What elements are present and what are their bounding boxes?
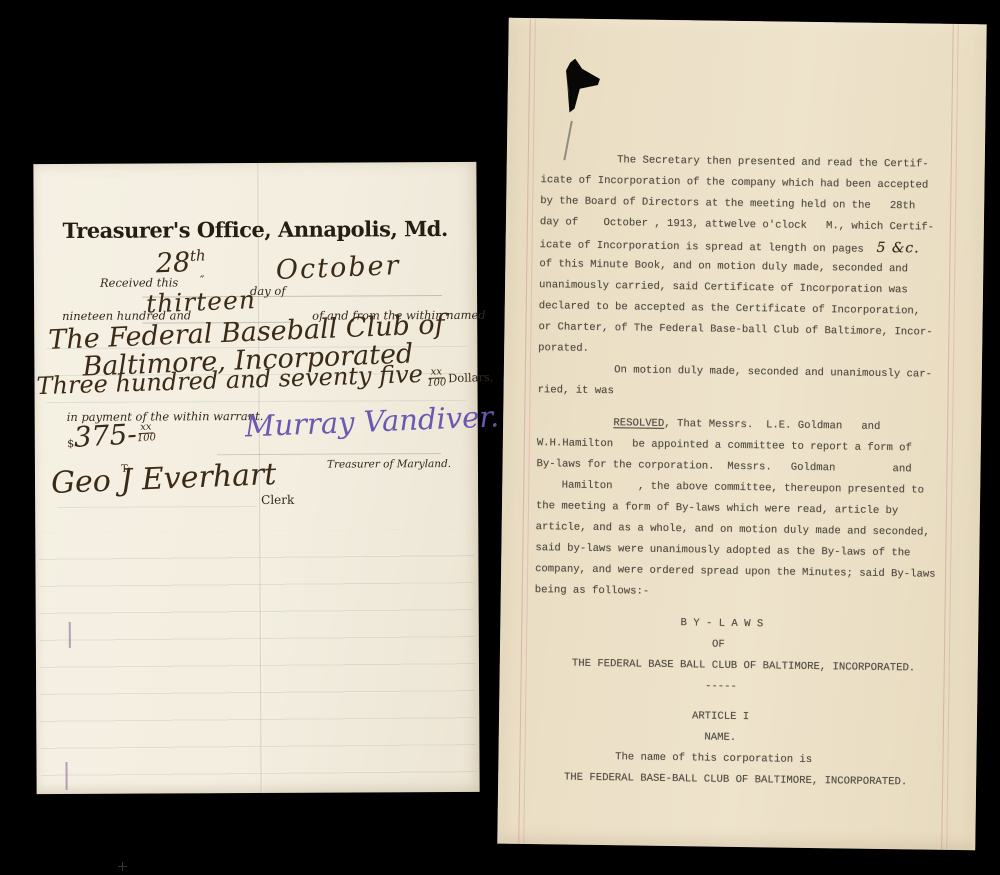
clerk-signature: Geo J Everhart <box>50 457 277 501</box>
ditto-mark: ″ <box>200 273 205 287</box>
ink-tick-mark <box>65 762 67 790</box>
numeric-fraction: xx100 <box>136 422 156 444</box>
amount-numeric-row: $ 375- xx100 <box>66 416 157 454</box>
treasurer-title-label: Treasurer of Maryland. <box>327 458 451 471</box>
stray-ink-mark: T: <box>121 464 131 475</box>
treasurer-signature: Murray Vandiver. <box>244 399 500 443</box>
clerk-signature-line <box>57 506 257 508</box>
ink-tick-mark <box>69 622 71 648</box>
day-handwritten: 28th <box>155 246 206 279</box>
minutes-document: The Secretary then presented and read th… <box>497 18 986 851</box>
registration-cross-mark <box>118 862 127 871</box>
receipt-header: Treasurer's Office, Annapolis, Md. <box>34 216 477 243</box>
typed-text-block: The Secretary then presented and read th… <box>532 149 953 794</box>
treasurer-signature-line <box>217 453 441 455</box>
typed-line: THE FEDERAL BASE-BALL CLUB OF BALTIMORE,… <box>532 767 944 794</box>
month-handwritten: October <box>275 250 401 286</box>
year-handwritten: thirteen <box>146 285 257 318</box>
amount-fraction: xx100 <box>427 367 447 389</box>
blank-ruled-area <box>39 529 476 781</box>
dollars-label: Dollars, <box>448 370 494 385</box>
amount-numeric-handwritten: 375- <box>73 417 138 454</box>
torn-hole <box>557 52 618 125</box>
receipt-document: Treasurer's Office, Annapolis, Md. Recei… <box>33 162 479 794</box>
handwritten-annotation: 5 &c. <box>876 240 919 257</box>
clerk-label: Clerk <box>261 493 294 507</box>
